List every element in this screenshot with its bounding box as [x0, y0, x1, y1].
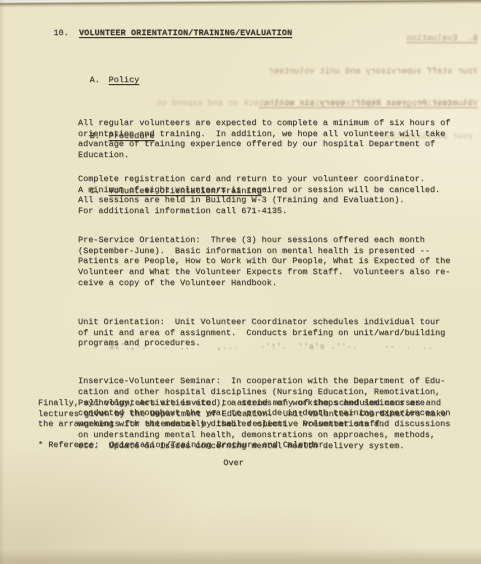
section-letter: B.: [90, 131, 109, 142]
reference-note: * Reference: Orientation/Training Brochu…: [38, 440, 329, 451]
section-heading: Procedure: [109, 131, 155, 141]
heading-number: 10.: [53, 28, 68, 38]
section-c-heading-row: C.Volunteer Orientation/Training*: [59, 175, 450, 207]
closing-paragraph: Finally, all volunteers are invited to a…: [38, 398, 446, 430]
section-paragraph-preservice: Pre-Service Orientation: Three (3) hour …: [78, 235, 450, 289]
section-paragraph-unit-orientation: Unit Orientation: Unit Volunteer Coordin…: [78, 317, 450, 349]
section-a-heading-row: A.Policy: [59, 64, 450, 96]
document-title: VOLUNTEER ORIENTATION/TRAINING/EVALUATIO…: [79, 28, 292, 38]
section-heading-suffix: *: [262, 186, 267, 196]
page-footer-over: Over: [0, 458, 467, 469]
title-spacer: [69, 28, 79, 38]
document-page: B. Evaluation Your staff supervisory and…: [0, 0, 481, 564]
section-heading: Volunteer Orientation/Training: [109, 186, 262, 196]
section-heading: Policy: [109, 75, 140, 85]
section-letter: A.: [90, 75, 109, 86]
section-b-heading-row: B.Procedure: [59, 120, 440, 152]
paper-top-edge: [0, 0, 481, 8]
paper-left-shade: [0, 0, 5, 564]
section-letter: C.: [90, 186, 109, 197]
